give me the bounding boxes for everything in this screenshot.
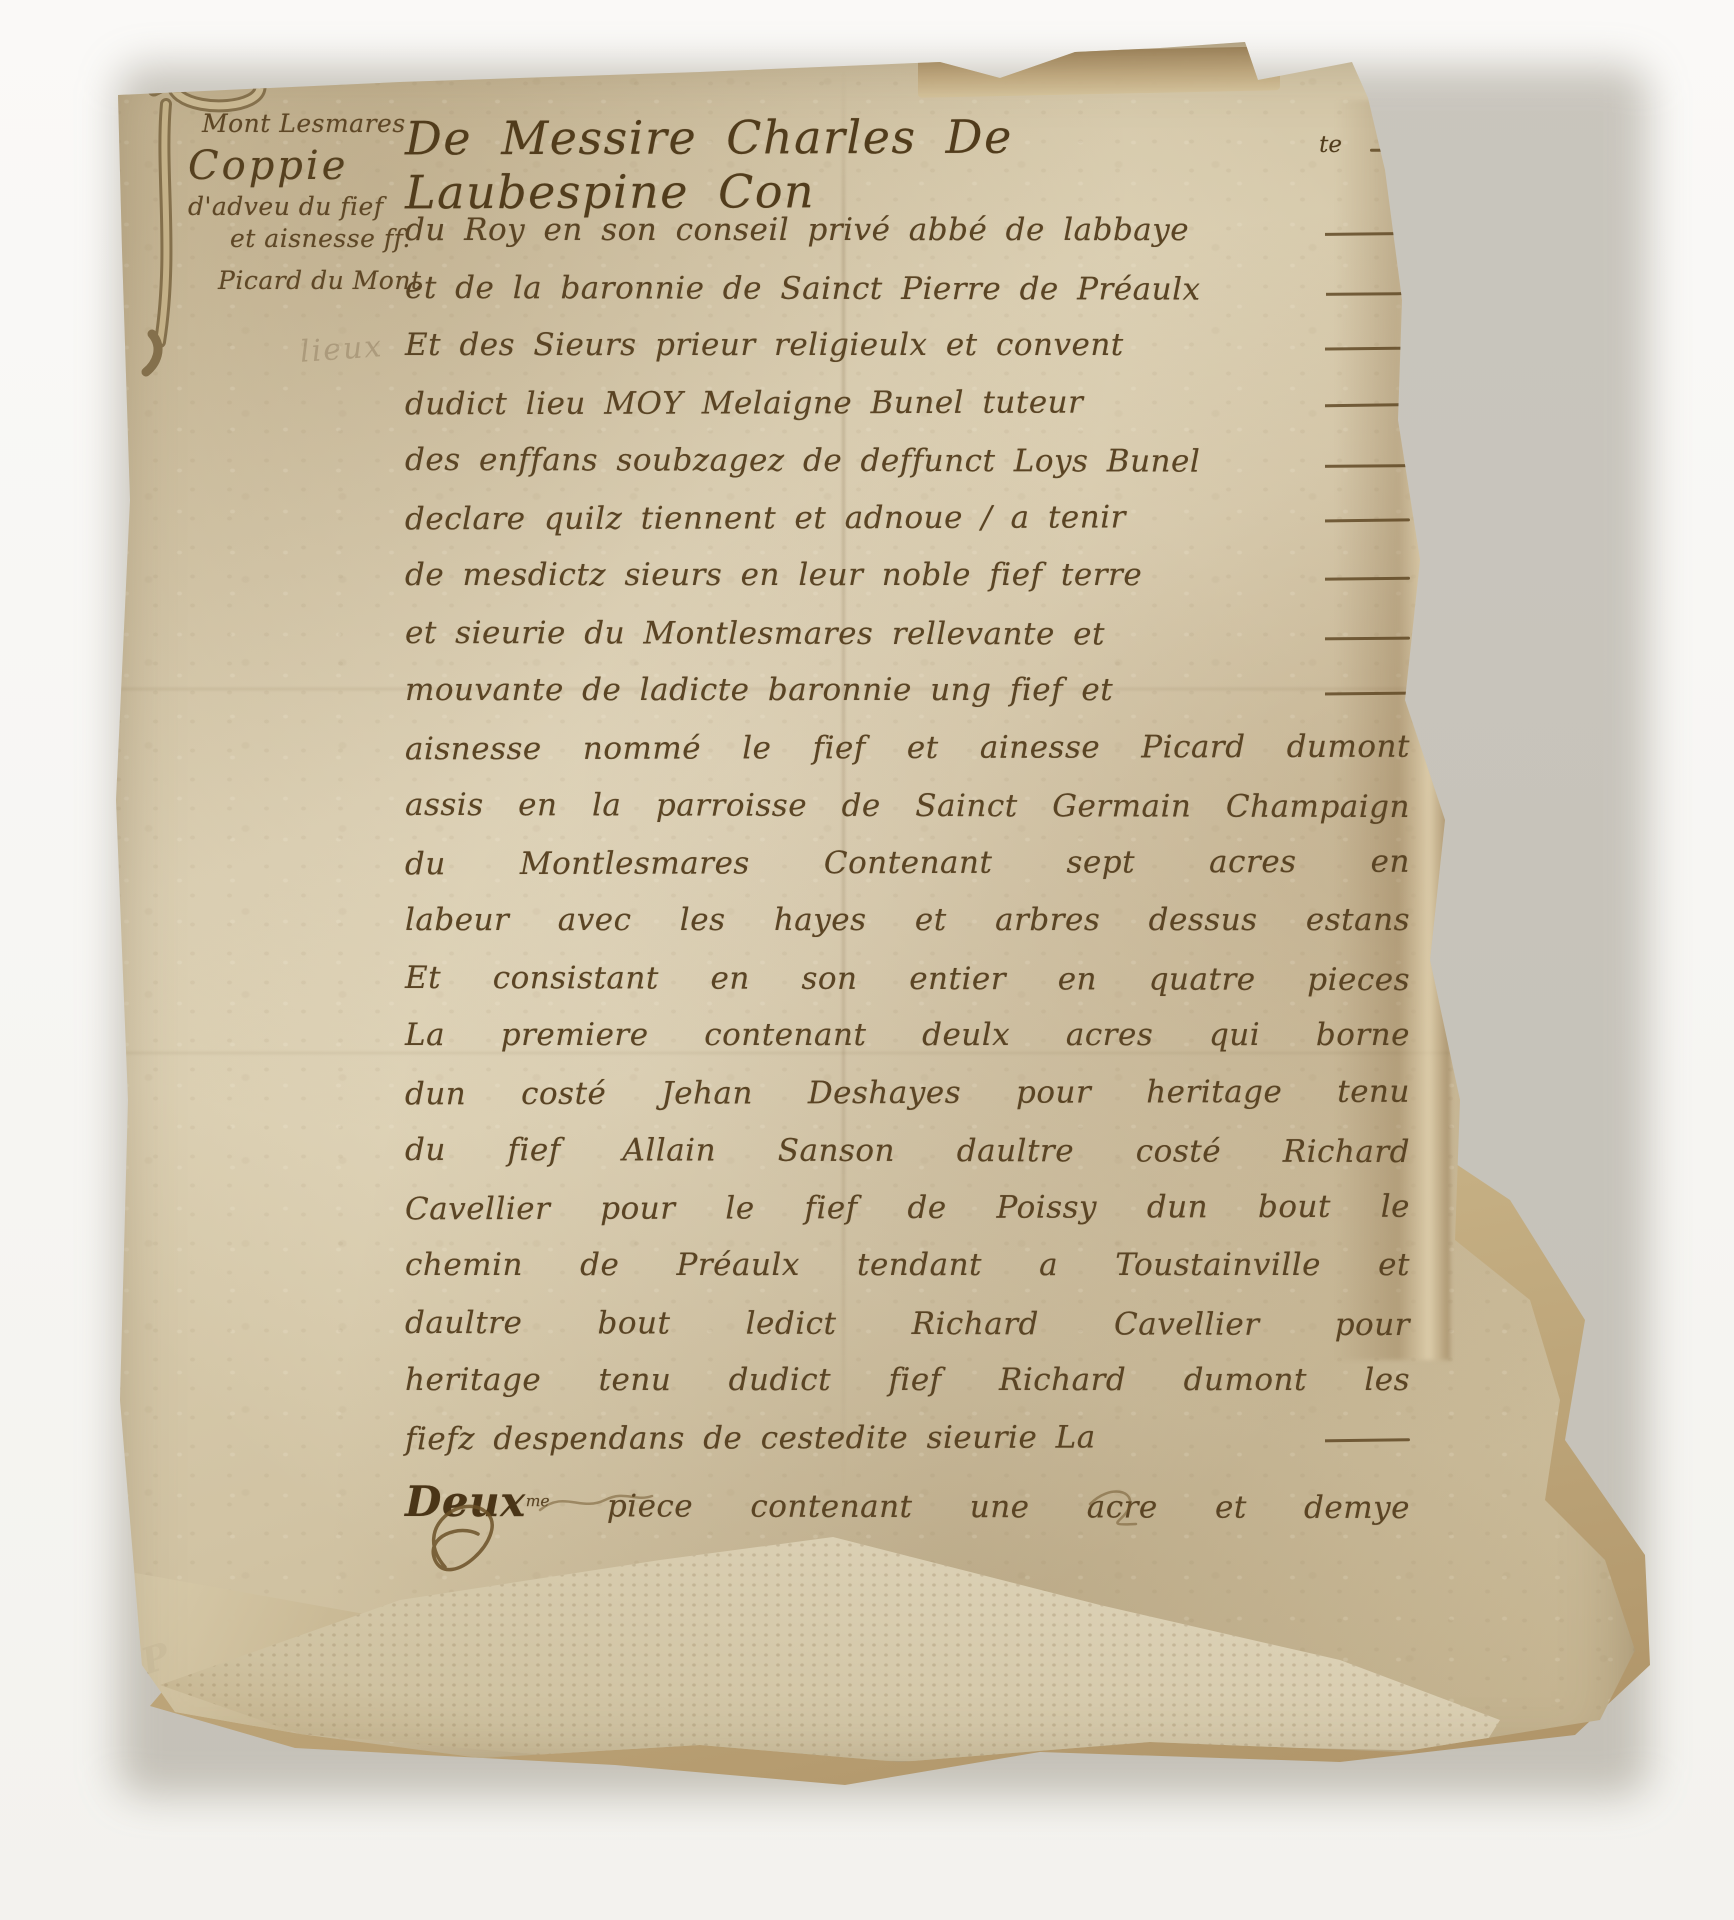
top-edge-fold — [918, 46, 1280, 98]
manuscript-line: fiefz despendans de cestedite sieurie La — [405, 1418, 1410, 1478]
manuscript-line: du Roy en son conseil privé abbé de labb… — [405, 212, 1410, 270]
manuscript-line: du fief Allain Sanson daultre costé Rich… — [405, 1132, 1410, 1192]
manuscript-line: assis en la parroisse de Sainct Germain … — [405, 787, 1410, 847]
manuscript-line: aisnesse nommé le fief et ainesse Picard… — [405, 728, 1410, 788]
manuscript-line: dudict lieu MOY Melaigne Bunel tuteur — [405, 383, 1410, 443]
photo-background: lieux Mont LesmaresCoppied'adveu du fief… — [0, 0, 1734, 1920]
manuscript-line: daultre bout ledict Richard Cavellier po… — [405, 1304, 1410, 1364]
line-filler-dash — [1152, 347, 1410, 353]
manuscript-line: et de la baronnie de Sainct Pierre de Pr… — [405, 269, 1410, 329]
line-filler-dash — [1141, 692, 1410, 698]
manuscript-line: de mesdictz sieurs en leur noble fief te… — [405, 557, 1410, 615]
binding-tie-icon — [94, 42, 374, 402]
manuscript-line: Cavellier pour le fief de Poissy dun bou… — [405, 1188, 1410, 1248]
line-filler-dash — [1228, 464, 1410, 469]
manuscript-line: declare quilz tiennent et adnoue / a ten… — [405, 498, 1410, 558]
manuscript-text: De Messire Charles De Laubespine Contedu… — [405, 110, 1410, 1535]
manuscript-line: mouvante de ladicte baronnie ung fief et — [405, 672, 1410, 730]
line-filler-dash — [1154, 518, 1410, 524]
line-filler-dash — [1217, 232, 1410, 237]
manuscript-heading-line: De Messire Charles De Laubespine Conte — [405, 109, 1410, 214]
manuscript-line: Et consistant en son entier en quatre pi… — [405, 959, 1410, 1019]
manuscript-line: heritage tenu dudict fief Richard dumont… — [405, 1362, 1410, 1420]
manuscript-line: labeur avec les hayes et arbres dessus e… — [405, 902, 1410, 960]
manuscript-line: dun costé Jehan Deshayes pour heritage t… — [405, 1073, 1410, 1133]
line-filler-dash — [1170, 577, 1410, 583]
manuscript-line: des enffans soubzagez de deffunct Loys B… — [405, 442, 1410, 502]
manuscript-line: du Montlesmares Contenant sept acres en — [405, 843, 1410, 903]
line-filler-dash — [1133, 636, 1410, 641]
manuscript-line: La premiere contenant deulx acres qui bo… — [405, 1017, 1410, 1075]
manuscript-line: et sieurie du Montlesmares rellevante et — [405, 614, 1410, 674]
manuscript-line: chemin de Préaulx tendant a Toustainvill… — [405, 1247, 1410, 1305]
line-filler-dash — [1229, 292, 1411, 297]
manuscript-line: Et des Sieurs prieur religieulx et conve… — [405, 327, 1410, 385]
line-filler-dash — [1111, 403, 1410, 410]
line-filler-dash — [1124, 1438, 1410, 1445]
